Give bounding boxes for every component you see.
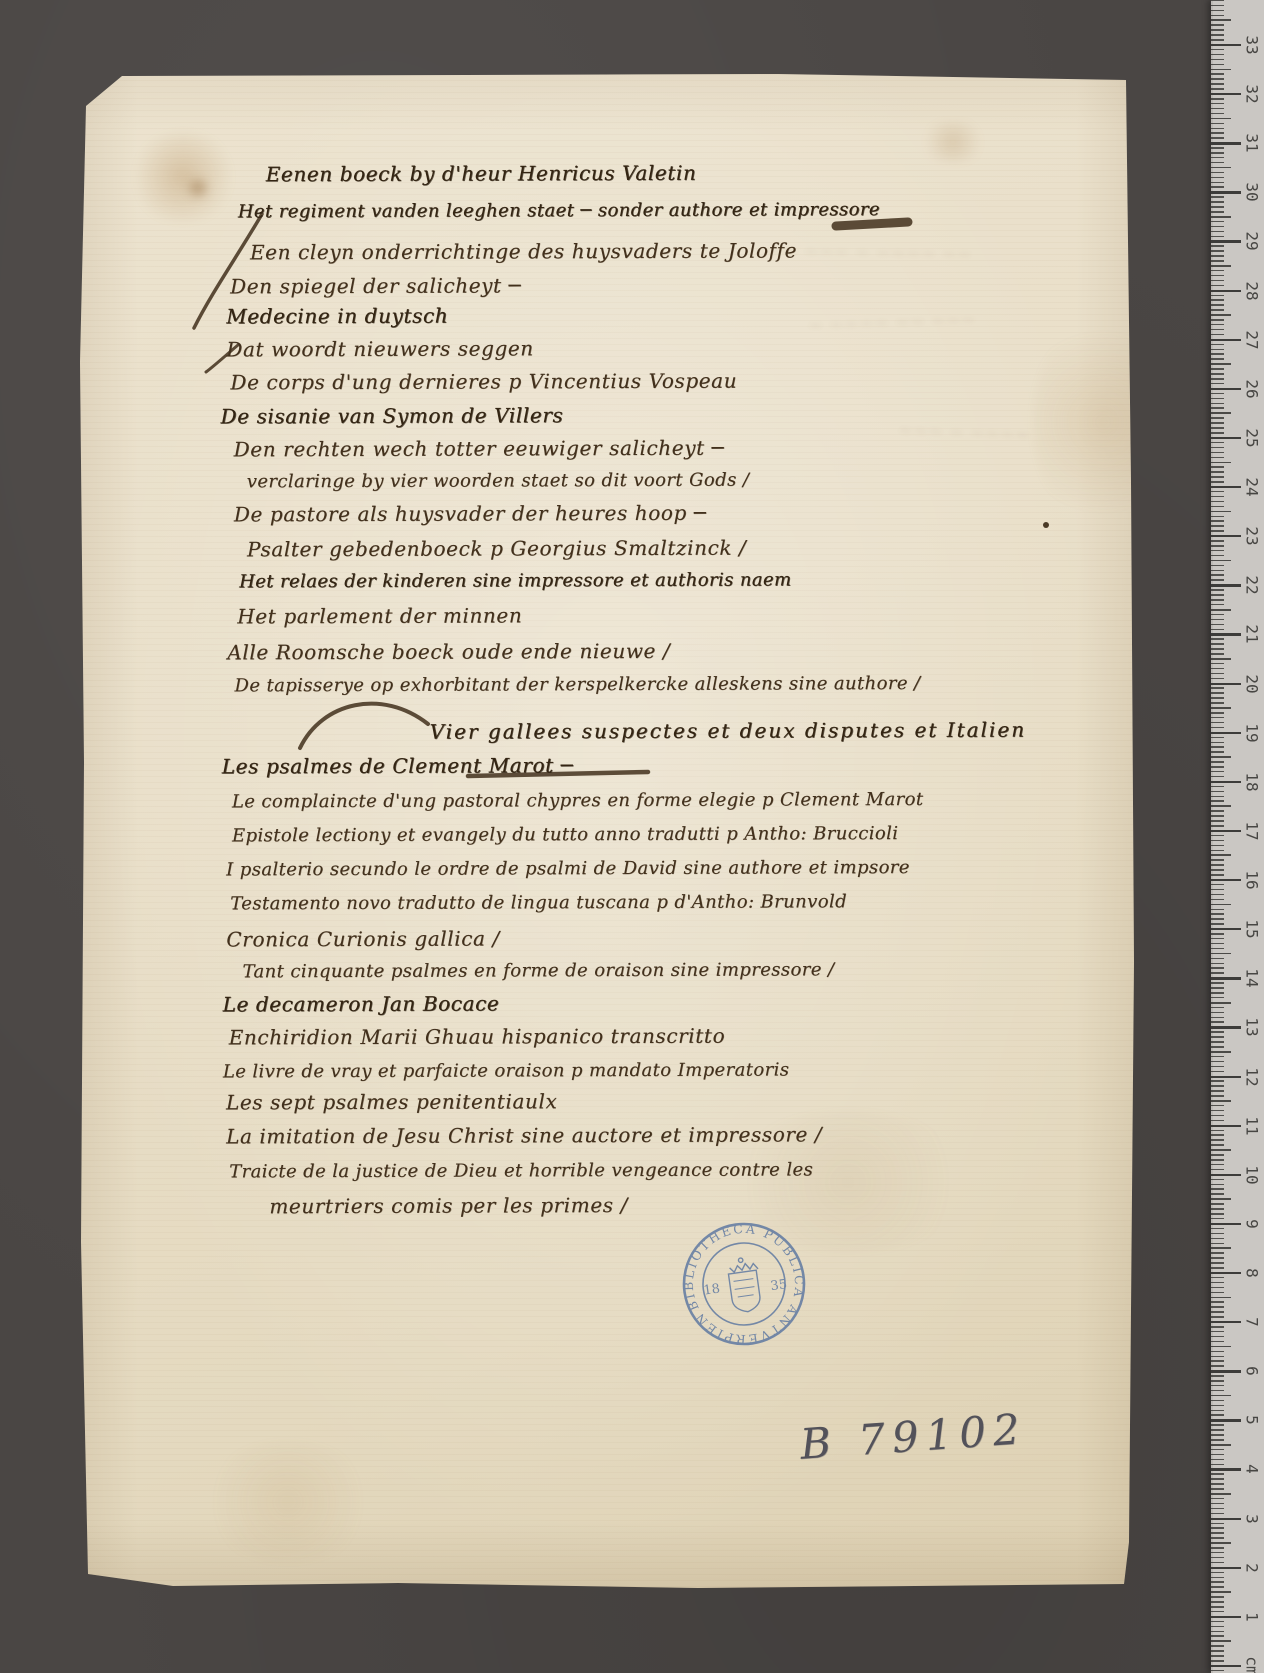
manuscript-line: Cronica Curionis gallica / bbox=[226, 925, 500, 952]
ruler-tick bbox=[1211, 1631, 1224, 1633]
manuscript-line: Het regiment vanden leeghen staet ─ sond… bbox=[238, 197, 880, 225]
ruler-tick bbox=[1211, 933, 1224, 935]
ruler-tick bbox=[1211, 201, 1224, 203]
ruler-tick bbox=[1211, 1459, 1224, 1461]
ruler-tick bbox=[1211, 44, 1241, 46]
manuscript-line: Le livre de vray et parfaicte oraison p … bbox=[223, 1057, 790, 1085]
ruler-ticks: 3332313029282726252423222120191817161514… bbox=[1211, 0, 1264, 1673]
ruler-tick bbox=[1211, 349, 1224, 351]
ruler-tick bbox=[1211, 1414, 1224, 1416]
ruler-tick bbox=[1211, 1282, 1224, 1284]
manuscript-line: Traicte de la justice de Dieu et horribl… bbox=[229, 1157, 813, 1185]
ruler-tick bbox=[1211, 1277, 1224, 1279]
ruler-tick bbox=[1211, 476, 1224, 478]
ruler-tick bbox=[1211, 88, 1224, 90]
ruler-tick bbox=[1211, 1223, 1241, 1225]
ruler-tick bbox=[1211, 624, 1224, 626]
ruler-tick bbox=[1211, 398, 1224, 400]
ruler-tick bbox=[1211, 1193, 1224, 1195]
ruler-tick bbox=[1211, 1213, 1224, 1215]
ruler-tick bbox=[1211, 19, 1231, 21]
ruler-tick bbox=[1211, 1616, 1241, 1618]
ruler-tick bbox=[1211, 108, 1224, 110]
ruler-tick bbox=[1211, 206, 1224, 208]
ruler-tick bbox=[1211, 525, 1224, 527]
ruler-tick bbox=[1211, 1424, 1224, 1426]
ruler-tick bbox=[1211, 29, 1224, 31]
ruler-number: 25 bbox=[1243, 425, 1262, 451]
manuscript-line: De corps d'ung dernieres p Vincentius Vo… bbox=[230, 368, 737, 396]
ruler-tick bbox=[1211, 1468, 1241, 1470]
ruler-number: 14 bbox=[1243, 965, 1262, 991]
ruler-tick bbox=[1211, 1586, 1224, 1588]
ruler-tick bbox=[1211, 683, 1241, 685]
ruler-number: 19 bbox=[1243, 720, 1262, 746]
ruler-number: 30 bbox=[1243, 179, 1262, 205]
ruler-tick bbox=[1211, 697, 1224, 699]
ruler-tick bbox=[1211, 157, 1224, 159]
ruler-tick bbox=[1211, 1626, 1224, 1628]
ruler-number: 21 bbox=[1243, 621, 1262, 647]
ruler-tick bbox=[1211, 545, 1224, 547]
ruler-tick bbox=[1211, 1351, 1224, 1353]
ruler-tick bbox=[1211, 781, 1241, 783]
ruler-tick bbox=[1211, 874, 1224, 876]
ruler-tick bbox=[1211, 1665, 1241, 1667]
ruler-tick bbox=[1211, 285, 1224, 287]
ruler-tick bbox=[1211, 1390, 1224, 1392]
ruler-number: 7 bbox=[1243, 1309, 1262, 1335]
ruler-tick bbox=[1211, 1537, 1224, 1539]
manuscript-line: Dat woordt nieuwers seggen bbox=[226, 335, 534, 362]
ruler-tick bbox=[1211, 786, 1224, 788]
ruler-tick bbox=[1211, 1012, 1224, 1014]
manuscript-line: De pastore als huysvader der heures hoop… bbox=[234, 500, 707, 528]
manuscript-line: Testamento novo tradutto de lingua tusca… bbox=[230, 889, 847, 917]
ruler-tick bbox=[1211, 599, 1224, 601]
ruler-tick bbox=[1211, 1149, 1231, 1151]
ruler-tick bbox=[1211, 250, 1224, 252]
ruler-tick bbox=[1211, 1518, 1241, 1520]
ruler-number: 15 bbox=[1243, 916, 1262, 942]
ruler-tick bbox=[1211, 363, 1231, 365]
ruler-tick bbox=[1211, 1095, 1224, 1097]
ruler-tick bbox=[1211, 977, 1241, 979]
ruler-tick bbox=[1211, 1257, 1224, 1259]
ruler-tick bbox=[1211, 496, 1224, 498]
ruler-tick bbox=[1211, 1650, 1224, 1652]
ruler-tick bbox=[1211, 668, 1224, 670]
ruler-tick bbox=[1211, 692, 1224, 694]
ruler-tick bbox=[1211, 1031, 1224, 1033]
ruler-tick bbox=[1211, 186, 1224, 188]
ruler-tick bbox=[1211, 290, 1241, 292]
ruler-number: 32 bbox=[1243, 81, 1262, 107]
ruler-tick bbox=[1211, 1238, 1224, 1240]
ruler-tick bbox=[1211, 15, 1224, 17]
ruler-number: 17 bbox=[1243, 818, 1262, 844]
ruler-tick bbox=[1211, 776, 1224, 778]
ruler-tick bbox=[1211, 614, 1224, 616]
ruler-tick bbox=[1211, 967, 1224, 969]
ruler-tick bbox=[1211, 884, 1224, 886]
ruler-tick bbox=[1211, 162, 1224, 164]
ruler-tick bbox=[1211, 137, 1224, 139]
ruler-tick bbox=[1211, 54, 1224, 56]
ruler-tick bbox=[1211, 275, 1224, 277]
ruler-tick bbox=[1211, 1208, 1224, 1210]
ruler-tick bbox=[1211, 904, 1231, 906]
manuscript-line: Het relaes der kinderen sine impressore … bbox=[239, 567, 791, 595]
ruler-tick bbox=[1211, 1606, 1224, 1608]
manuscript-line: meurtriers comis per les primes / bbox=[269, 1192, 628, 1219]
ruler-tick bbox=[1211, 373, 1224, 375]
ruler-tick bbox=[1211, 1252, 1224, 1254]
manuscript-line: Eenen boeck by d'heur Henricus Valetin bbox=[266, 160, 697, 188]
ruler-tick bbox=[1211, 432, 1224, 434]
ruler-tick bbox=[1211, 231, 1224, 233]
ruler-tick bbox=[1211, 1552, 1224, 1554]
ruler-tick bbox=[1211, 49, 1224, 51]
ruler-tick bbox=[1211, 1670, 1224, 1672]
ruler-number: 18 bbox=[1243, 769, 1262, 795]
ruler-tick bbox=[1211, 511, 1231, 513]
ruler-tick bbox=[1211, 221, 1224, 223]
ruler-tick bbox=[1211, 393, 1224, 395]
ruler-tick bbox=[1211, 1292, 1224, 1294]
ruler-number: 1 bbox=[1243, 1604, 1262, 1630]
manuscript-line: Enchiridion Marii Ghuau hispanico transc… bbox=[229, 1023, 726, 1051]
ruler-tick bbox=[1211, 589, 1224, 591]
ruler-tick bbox=[1211, 447, 1224, 449]
ruler-tick bbox=[1211, 1645, 1224, 1647]
manuscript-line: Medecine in duytsch bbox=[226, 303, 448, 330]
manuscript-line: Les psalmes de Clement Marot ─ bbox=[222, 752, 574, 779]
ruler-tick bbox=[1211, 1115, 1224, 1117]
ruler-tick bbox=[1211, 1439, 1224, 1441]
ruler-tick bbox=[1211, 462, 1231, 464]
manuscript-line: Psalter gebedenboeck p Georgius Smaltzin… bbox=[247, 535, 746, 563]
ruler-tick bbox=[1211, 1419, 1241, 1421]
ruler-number: 13 bbox=[1243, 1014, 1262, 1040]
ruler-number: 29 bbox=[1243, 228, 1262, 254]
ruler-tick bbox=[1211, 633, 1241, 635]
ruler-tick bbox=[1211, 648, 1224, 650]
ruler-tick bbox=[1211, 530, 1224, 532]
ruler-tick bbox=[1211, 1326, 1224, 1328]
ruler-tick bbox=[1211, 1198, 1231, 1200]
ruler-tick bbox=[1211, 702, 1224, 704]
ruler: 3332313029282726252423222120191817161514… bbox=[1211, 0, 1264, 1673]
ruler-tick bbox=[1211, 1159, 1224, 1161]
ruler-tick bbox=[1211, 1591, 1231, 1593]
ruler-tick bbox=[1211, 1341, 1224, 1343]
ruler-number: 26 bbox=[1243, 376, 1262, 402]
ink-spot bbox=[1043, 522, 1049, 528]
ruler-tick bbox=[1211, 879, 1241, 881]
ruler-tick bbox=[1211, 987, 1224, 989]
ruler-tick bbox=[1211, 1007, 1224, 1009]
ruler-tick bbox=[1211, 687, 1224, 689]
ruler-tick bbox=[1211, 1297, 1231, 1299]
ruler-tick bbox=[1211, 913, 1224, 915]
ruler-tick bbox=[1211, 1356, 1224, 1358]
ruler-tick bbox=[1211, 1635, 1224, 1637]
ruler-tick bbox=[1211, 850, 1224, 852]
ruler-tick bbox=[1211, 643, 1224, 645]
ruler-tick bbox=[1211, 1572, 1224, 1574]
ruler-tick bbox=[1211, 152, 1224, 154]
ruler-tick bbox=[1211, 629, 1224, 631]
ruler-tick bbox=[1211, 707, 1231, 709]
ruler-tick bbox=[1211, 1611, 1224, 1613]
ruler-tick bbox=[1211, 5, 1224, 7]
ruler-tick bbox=[1211, 388, 1241, 390]
manuscript-line: Het parlement der minnen bbox=[237, 602, 522, 629]
ruler-tick bbox=[1211, 1454, 1224, 1456]
ruler-tick bbox=[1211, 1100, 1231, 1102]
ruler-tick bbox=[1211, 1243, 1224, 1245]
ruler-tick bbox=[1211, 766, 1224, 768]
ruler-tick bbox=[1211, 972, 1224, 974]
ruler-tick bbox=[1211, 1041, 1224, 1043]
ruler-number: 2 bbox=[1243, 1555, 1262, 1581]
ruler-tick bbox=[1211, 24, 1224, 26]
ruler-tick bbox=[1211, 466, 1224, 468]
ruler-tick bbox=[1211, 1218, 1224, 1220]
ruler-tick bbox=[1211, 1179, 1224, 1181]
manuscript-line: Een cleyn onderrichtinge des huysvaders … bbox=[250, 237, 797, 265]
ruler-tick bbox=[1211, 1385, 1224, 1387]
ruler-tick bbox=[1211, 83, 1224, 85]
ruler-tick bbox=[1211, 412, 1231, 414]
ruler-tick bbox=[1211, 1640, 1231, 1642]
ruler-tick bbox=[1211, 1336, 1224, 1338]
ruler-tick bbox=[1211, 825, 1224, 827]
ruler-tick bbox=[1211, 1036, 1224, 1038]
ruler-number: 20 bbox=[1243, 671, 1262, 697]
ruler-tick bbox=[1211, 894, 1224, 896]
ruler-tick bbox=[1211, 658, 1231, 660]
ruler-tick bbox=[1211, 113, 1224, 115]
ruler-tick bbox=[1211, 1380, 1224, 1382]
ruler-tick bbox=[1211, 59, 1224, 61]
ruler-number: 5 bbox=[1243, 1407, 1262, 1433]
manuscript-line: Epistole lectiony et evangely du tutto a… bbox=[232, 821, 899, 849]
ruler-tick bbox=[1211, 1395, 1231, 1397]
ruler-tick bbox=[1211, 1523, 1224, 1525]
ruler-number: 9 bbox=[1243, 1211, 1262, 1237]
ruler-tick bbox=[1211, 260, 1224, 262]
ruler-tick bbox=[1211, 182, 1224, 184]
ruler-tick bbox=[1211, 427, 1224, 429]
ruler-tick bbox=[1211, 835, 1224, 837]
ruler-tick bbox=[1211, 840, 1224, 842]
ruler-tick bbox=[1211, 673, 1224, 675]
ruler-tick bbox=[1211, 619, 1224, 621]
ruler-tick bbox=[1211, 280, 1224, 282]
ruler-tick bbox=[1211, 663, 1224, 665]
ruler-tick bbox=[1211, 1581, 1224, 1583]
ruler-tick bbox=[1211, 1046, 1224, 1048]
ruler-tick bbox=[1211, 992, 1224, 994]
ruler-tick bbox=[1211, 358, 1224, 360]
ruler-tick bbox=[1211, 1056, 1224, 1058]
ruler-tick bbox=[1211, 732, 1241, 734]
ruler-tick bbox=[1211, 403, 1224, 405]
ruler-tick bbox=[1211, 118, 1231, 120]
ruler-tick bbox=[1211, 815, 1224, 817]
ruler-tick bbox=[1211, 1527, 1224, 1529]
ruler-tick bbox=[1211, 737, 1224, 739]
ruler-tick bbox=[1211, 1120, 1224, 1122]
ruler-tick bbox=[1211, 491, 1224, 493]
ruler-tick bbox=[1211, 1247, 1231, 1249]
ruler-tick bbox=[1211, 265, 1231, 267]
ruler-number: 33 bbox=[1243, 32, 1262, 58]
ruler-tick bbox=[1211, 899, 1224, 901]
ruler-tick bbox=[1211, 471, 1224, 473]
ruler-tick bbox=[1211, 128, 1224, 130]
ruler-tick bbox=[1211, 1125, 1241, 1127]
ruler-tick bbox=[1211, 1311, 1224, 1313]
ruler-tick bbox=[1211, 712, 1224, 714]
ruler-number: cm bbox=[1243, 1653, 1262, 1673]
ruler-tick bbox=[1211, 1051, 1231, 1053]
ruler-tick bbox=[1211, 1026, 1241, 1028]
ruler-number: 12 bbox=[1243, 1064, 1262, 1090]
ruler-tick bbox=[1211, 1601, 1224, 1603]
ruler-number: 24 bbox=[1243, 474, 1262, 500]
ruler-tick bbox=[1211, 1567, 1241, 1569]
ruler-tick bbox=[1211, 948, 1224, 950]
ruler-tick bbox=[1211, 1473, 1224, 1475]
ruler-tick bbox=[1211, 963, 1224, 965]
ruler-tick bbox=[1211, 1164, 1224, 1166]
ruler-tick bbox=[1211, 1410, 1224, 1412]
ruler-tick bbox=[1211, 800, 1224, 802]
ruler-tick bbox=[1211, 103, 1224, 105]
ruler-tick bbox=[1211, 604, 1224, 606]
ruler-tick bbox=[1211, 1596, 1224, 1598]
ruler-tick bbox=[1211, 1110, 1224, 1112]
ruler-number: 3 bbox=[1243, 1506, 1262, 1532]
ruler-tick bbox=[1211, 73, 1224, 75]
ruler-tick bbox=[1211, 1621, 1224, 1623]
ruler-tick bbox=[1211, 535, 1241, 537]
ruler-tick bbox=[1211, 245, 1224, 247]
ruler-tick bbox=[1211, 417, 1224, 419]
ruler-tick bbox=[1211, 717, 1224, 719]
ruler-tick bbox=[1211, 196, 1224, 198]
manuscript-line: Les sept psalmes penitentiaulx bbox=[226, 1088, 558, 1115]
ruler-tick bbox=[1211, 295, 1224, 297]
ruler-tick bbox=[1211, 1429, 1224, 1431]
ruler-tick bbox=[1211, 796, 1224, 798]
ruler-tick bbox=[1211, 1508, 1224, 1510]
manuscript-text: Eenen boeck by d'heur Henricus Valetin H… bbox=[0, 0, 1264, 1673]
manuscript-line: I psalterio secundo le ordre de psalmi d… bbox=[226, 855, 910, 883]
ruler-tick bbox=[1211, 442, 1224, 444]
ruler-tick bbox=[1211, 132, 1224, 134]
ruler-tick bbox=[1211, 211, 1224, 213]
ruler-tick bbox=[1211, 1184, 1224, 1186]
ruler-tick bbox=[1211, 928, 1241, 930]
ruler-tick bbox=[1211, 319, 1224, 321]
ruler-tick bbox=[1211, 1139, 1224, 1141]
ruler-tick bbox=[1211, 579, 1224, 581]
ruler-tick bbox=[1211, 1478, 1224, 1480]
ruler-tick bbox=[1211, 486, 1241, 488]
ruler-tick bbox=[1211, 1090, 1224, 1092]
ruler-tick bbox=[1211, 339, 1241, 341]
ruler-tick bbox=[1211, 1316, 1224, 1318]
ruler-tick bbox=[1211, 1434, 1224, 1436]
ruler-tick bbox=[1211, 845, 1224, 847]
ruler-tick bbox=[1211, 1464, 1224, 1466]
ruler-tick bbox=[1211, 236, 1224, 238]
ruler-tick bbox=[1211, 299, 1224, 301]
manuscript-line: Tant cinquante psalmes en forme de orais… bbox=[242, 957, 834, 985]
ruler-tick bbox=[1211, 997, 1224, 999]
ruler-tick bbox=[1211, 1400, 1224, 1402]
ruler-tick bbox=[1211, 378, 1224, 380]
ruler-tick bbox=[1211, 1444, 1231, 1446]
ruler-tick bbox=[1211, 0, 1224, 1]
ruler-tick bbox=[1211, 761, 1224, 763]
manuscript-line: Alle Roomsche boeck oude ende nieuwe / bbox=[227, 638, 670, 666]
ruler-tick bbox=[1211, 953, 1231, 955]
ruler-tick bbox=[1211, 481, 1224, 483]
ruler-tick bbox=[1211, 1547, 1224, 1549]
ruler-tick bbox=[1211, 958, 1224, 960]
ruler-tick bbox=[1211, 78, 1224, 80]
ruler-tick bbox=[1211, 1233, 1224, 1235]
ruler-tick bbox=[1211, 1449, 1224, 1451]
ruler-tick bbox=[1211, 407, 1224, 409]
ruler-tick bbox=[1211, 751, 1224, 753]
ruler-tick bbox=[1211, 1562, 1224, 1564]
ruler-tick bbox=[1211, 1321, 1241, 1323]
manuscript-line: Le decameron Jan Bocace bbox=[223, 990, 500, 1017]
ruler-tick bbox=[1211, 1287, 1224, 1289]
ruler-tick bbox=[1211, 1655, 1224, 1657]
ruler-tick bbox=[1211, 1154, 1224, 1156]
manuscript-line: De sisanie van Symon de Villers bbox=[220, 402, 563, 429]
ruler-tick bbox=[1211, 324, 1224, 326]
ruler-tick bbox=[1211, 1532, 1224, 1534]
ruler-tick bbox=[1211, 344, 1224, 346]
ruler-tick bbox=[1211, 859, 1224, 861]
ruler-tick bbox=[1211, 1228, 1224, 1230]
ruler-tick bbox=[1211, 270, 1224, 272]
ruler-tick bbox=[1211, 1331, 1224, 1333]
ruler-number: 4 bbox=[1243, 1456, 1262, 1482]
ruler-tick bbox=[1211, 167, 1231, 169]
manuscript-line: Den rechten wech totter eeuwiger saliche… bbox=[234, 435, 725, 463]
ruler-tick bbox=[1211, 918, 1224, 920]
ruler-tick bbox=[1211, 1272, 1241, 1274]
ruler-tick bbox=[1211, 520, 1224, 522]
ruler-tick bbox=[1211, 570, 1224, 572]
ruler-tick bbox=[1211, 123, 1224, 125]
ruler-tick bbox=[1211, 1021, 1224, 1023]
ruler-tick bbox=[1211, 923, 1224, 925]
manuscript-line: De tapisserye op exhorbitant der kerspel… bbox=[234, 671, 920, 699]
ruler-tick bbox=[1211, 39, 1224, 41]
ruler-tick bbox=[1211, 555, 1224, 557]
ruler-tick bbox=[1211, 1365, 1224, 1367]
